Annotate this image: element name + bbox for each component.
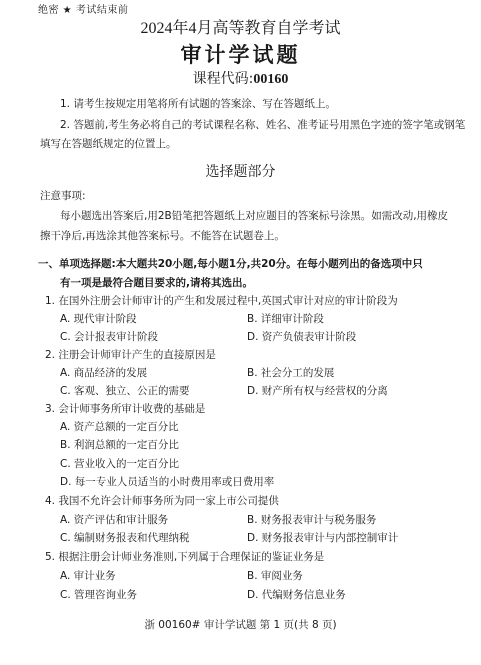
question-3-stem: 3. 会计师事务所审计收费的基础是 xyxy=(45,401,205,416)
question-2-option-a: A. 商品经济的发展 xyxy=(60,365,147,380)
course-code-label: 课程代码: xyxy=(193,71,254,87)
question-3-option-b: B. 利润总额的一定百分比 xyxy=(60,437,179,452)
question-1-stem: 1. 在国外注册会计师审计的产生和发展过程中,英国式审计对应的审计阶段为 xyxy=(45,293,398,308)
notes-heading: 注意事项: xyxy=(40,188,86,203)
question-1-option-d: D. 资产负债表审计阶段 xyxy=(247,329,356,344)
instruction-2: 2. 答题前,考生务必将自己的考试课程名称、姓名、准考证号用黑色字迹的签字笔或钢… xyxy=(60,117,465,132)
exam-title: 2024年4月高等教育自学考试 xyxy=(0,15,481,38)
question-2-option-c: C. 客观、独立、公正的需要 xyxy=(60,383,190,398)
question-2-option-b: B. 社会分工的发展 xyxy=(247,365,334,380)
question-5-option-a: A. 审计业务 xyxy=(60,568,116,583)
question-4-option-d: D. 财务报表审计与内部控制审计 xyxy=(247,530,398,545)
question-3-option-c: C. 营业收入的一定百分比 xyxy=(60,456,179,471)
instruction-2-cont: 填写在答题纸规定的位置上。 xyxy=(40,136,177,151)
page-footer: 浙 00160# 审计学试题 第 1 页(共 8 页) xyxy=(0,617,481,632)
question-5-option-d: D. 代编财务信息业务 xyxy=(247,587,346,602)
question-2-option-d: D. 财产所有权与经营权的分离 xyxy=(247,383,388,398)
part-one-heading-2: 有一项是最符合题目要求的,请将其选出。 xyxy=(60,275,253,290)
question-2-stem: 2. 注册会计师审计产生的直接原因是 xyxy=(45,347,216,362)
question-1-option-a: A. 现代审计阶段 xyxy=(60,311,137,326)
question-1-option-b: B. 详细审计阶段 xyxy=(247,311,324,326)
secret-label: 绝密 ★ 考试结束前 xyxy=(38,1,128,16)
course-code: 课程代码:00160 xyxy=(0,68,481,88)
instruction-1: 1. 请考生按规定用笔将所有试题的答案涂、写在答题纸上。 xyxy=(60,96,336,111)
notes-line-1: 每小题选出答案后,用2B铅笔把答题纸上对应题目的答案标号涂黑。如需改动,用橡皮 xyxy=(60,208,448,223)
question-3-option-a: A. 资产总额的一定百分比 xyxy=(60,419,179,434)
course-code-value: 00160 xyxy=(253,72,288,87)
question-3-option-d: D. 每一专业人员适当的小时费用率或日费用率 xyxy=(60,474,274,489)
question-5-option-b: B. 审阅业务 xyxy=(247,568,303,583)
part-one-heading-1: 一、单项选择题:本大题共20小题,每小题1分,共20分。在每小题列出的备选项中只 xyxy=(38,256,423,271)
question-5-option-c: C. 管理咨询业务 xyxy=(60,587,137,602)
subject-title: 审计学试题 xyxy=(0,39,481,69)
question-4-option-c: C. 编制财务报表和代理纳税 xyxy=(60,530,190,545)
notes-line-2: 擦干净后,再选涂其他答案标号。不能答在试题卷上。 xyxy=(40,228,285,243)
question-5-stem: 5. 根据注册会计师业务准则,下列属于合理保证的鉴证业务是 xyxy=(45,549,324,564)
question-4-stem: 4. 我国不允许会计师事务所为同一家上市公司提供 xyxy=(45,493,279,508)
question-1-option-c: C. 会计报表审计阶段 xyxy=(60,329,158,344)
question-4-option-a: A. 资产评估和审计服务 xyxy=(60,512,168,527)
question-4-option-b: B. 财务报表审计与税务服务 xyxy=(247,512,376,527)
section-title: 选择题部分 xyxy=(0,161,481,181)
